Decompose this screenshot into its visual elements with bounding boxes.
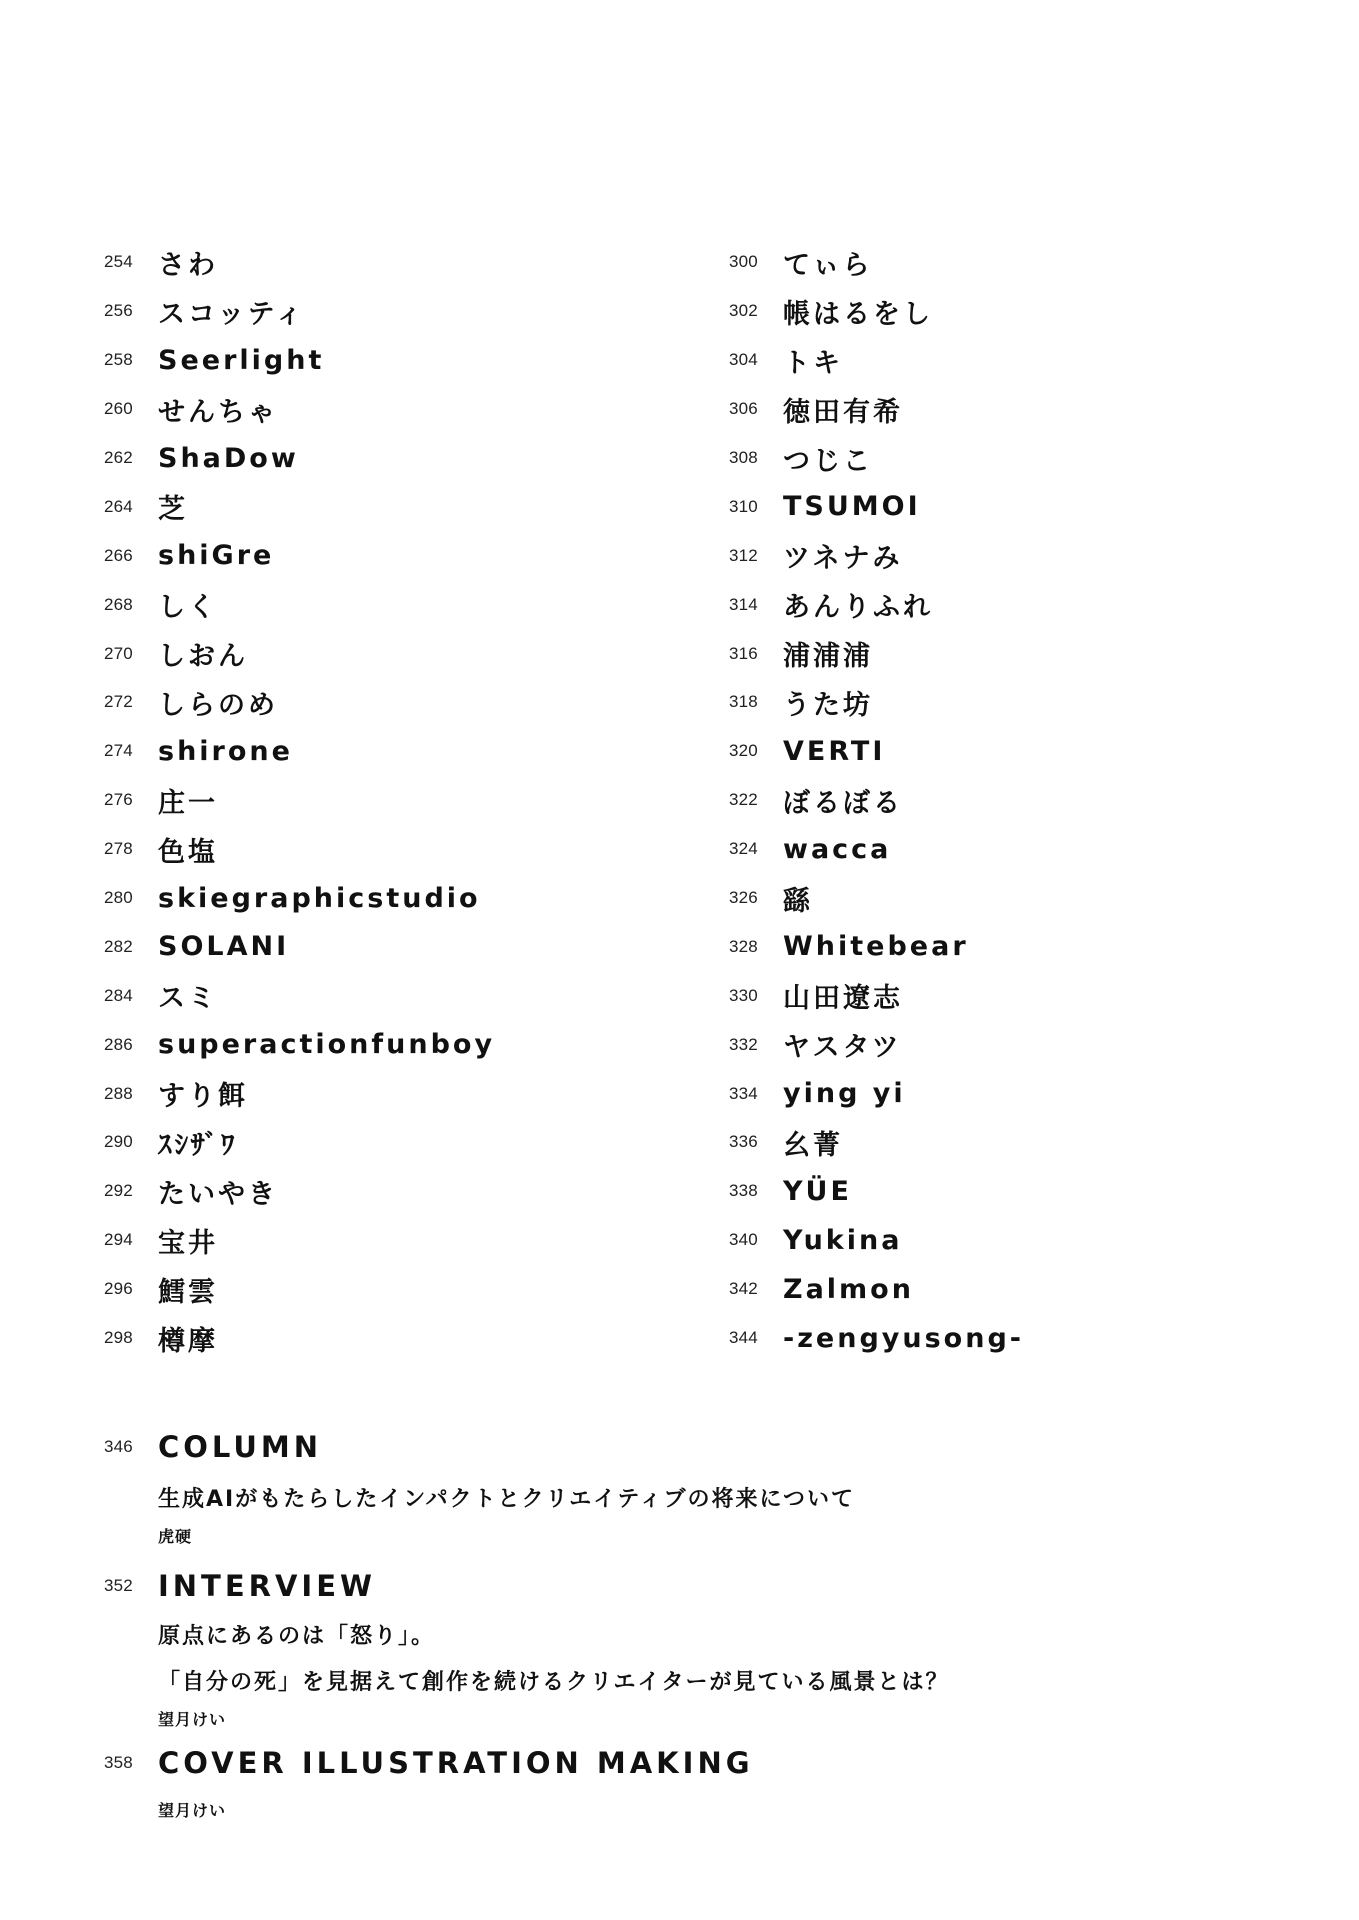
page-number: 298 <box>104 1328 158 1348</box>
toc-entry[interactable]: 318うた坊 <box>729 678 1024 727</box>
artist-name: しく <box>158 585 218 624</box>
artist-name: ぼるぼる <box>783 781 903 820</box>
artist-name: Seerlight <box>158 345 324 376</box>
toc-entry[interactable]: 276庄一 <box>104 776 495 825</box>
toc-entry[interactable]: 298樽摩 <box>104 1314 495 1363</box>
page-number: 272 <box>104 692 158 712</box>
toc-section-column[interactable]: 346 COLUMN 生成AIがもたらしたインパクトとクリエイティブの将来につい… <box>104 1427 855 1551</box>
toc-entry[interactable]: 286superactionfunboy <box>104 1020 495 1069</box>
toc-section-cover-making[interactable]: 358 COVER ILLUSTRATION MAKING 望月けい <box>104 1743 754 1825</box>
toc-entry[interactable]: 294宝井 <box>104 1216 495 1265</box>
artist-name: -zengyusong- <box>783 1323 1024 1354</box>
page-number: 336 <box>729 1132 783 1152</box>
page-number: 290 <box>104 1132 158 1152</box>
section-title: COLUMN <box>158 1430 322 1464</box>
toc-entry[interactable]: 316浦浦浦 <box>729 629 1024 678</box>
page-number: 312 <box>729 546 783 566</box>
page-number: 278 <box>104 839 158 859</box>
toc-entry[interactable]: 260せんちゃ <box>104 385 495 434</box>
section-title: COVER ILLUSTRATION MAKING <box>158 1746 754 1780</box>
artist-name: Yukina <box>783 1225 902 1256</box>
page-number: 334 <box>729 1084 783 1104</box>
page-number: 288 <box>104 1084 158 1104</box>
toc-entry[interactable]: 296鱈雲 <box>104 1265 495 1314</box>
page-number: 262 <box>104 448 158 468</box>
page-number: 338 <box>729 1181 783 1201</box>
toc-entry[interactable]: 282SOLANI <box>104 922 495 971</box>
toc-entry[interactable]: 272しらのめ <box>104 678 495 727</box>
page-number: 284 <box>104 986 158 1006</box>
page-number: 280 <box>104 888 158 908</box>
toc-entry[interactable]: 284スミ <box>104 971 495 1020</box>
artist-name: 樽摩 <box>158 1319 218 1358</box>
artist-name: superactionfunboy <box>158 1029 495 1060</box>
toc-entry[interactable]: 308つじこ <box>729 434 1024 483</box>
toc-entry[interactable]: 344-zengyusong- <box>729 1314 1024 1363</box>
page-number: 342 <box>729 1279 783 1299</box>
page-number: 340 <box>729 1230 783 1250</box>
toc-section-interview[interactable]: 352 INTERVIEW 原点にあるのは「怒り」。 「自分の死」を見据えて創作… <box>104 1566 950 1734</box>
artist-name: 宝井 <box>158 1221 218 1260</box>
artist-name: あんりふれ <box>783 585 933 624</box>
toc-entry[interactable]: 302帳はるをし <box>729 287 1024 336</box>
section-title: INTERVIEW <box>158 1569 376 1603</box>
page-number: 344 <box>729 1328 783 1348</box>
toc-entry[interactable]: 312ツネナみ <box>729 531 1024 580</box>
artist-name: ying yi <box>783 1078 906 1109</box>
toc-entry[interactable]: 268しく <box>104 580 495 629</box>
artist-name: 浦浦浦 <box>783 634 873 673</box>
toc-entry[interactable]: 306徳田有希 <box>729 385 1024 434</box>
artist-name: VERTI <box>783 736 885 767</box>
artist-name: スコッティ <box>158 292 305 331</box>
toc-entry[interactable]: 256スコッティ <box>104 287 495 336</box>
page-number: 268 <box>104 595 158 615</box>
section-author: 望月けい <box>158 1706 950 1734</box>
page-number: 352 <box>104 1576 158 1596</box>
toc-entry[interactable]: 334ying yi <box>729 1069 1024 1118</box>
toc-entry[interactable]: 270しおん <box>104 629 495 678</box>
page-number: 320 <box>729 741 783 761</box>
artist-name: しらのめ <box>158 683 278 722</box>
artist-name: せんちゃ <box>158 390 278 429</box>
page-number: 314 <box>729 595 783 615</box>
page-number: 274 <box>104 741 158 761</box>
artist-name: skiegraphicstudio <box>158 883 481 914</box>
artist-name: ヤスタツ <box>783 1025 902 1064</box>
toc-left-column: 254さわ 256スコッティ 258Seerlight 260せんちゃ 262S… <box>104 238 495 1362</box>
toc-entry[interactable]: 338YÜE <box>729 1167 1024 1216</box>
page-number: 306 <box>729 399 783 419</box>
page-number: 258 <box>104 350 158 370</box>
toc-entry[interactable]: 330山田遼志 <box>729 971 1024 1020</box>
toc-entry[interactable]: 314あんりふれ <box>729 580 1024 629</box>
page-number: 324 <box>729 839 783 859</box>
toc-entry[interactable]: 254さわ <box>104 238 495 287</box>
artist-name: しおん <box>158 634 248 673</box>
artist-name: wacca <box>783 834 891 865</box>
toc-entry[interactable]: 332ヤスタツ <box>729 1020 1024 1069</box>
artist-name: すり餌 <box>158 1074 248 1113</box>
artist-name: 鱈雲 <box>158 1270 218 1309</box>
artist-name: 山田遼志 <box>783 976 903 1015</box>
section-subtitle-line-2: 「自分の死」を見据えて創作を続けるクリエイターが見ている風景とは？ <box>158 1660 950 1706</box>
page-number: 256 <box>104 301 158 321</box>
toc-right-column: 300てぃら 302帳はるをし 304トキ 306徳田有希 308つじこ 310… <box>729 238 1024 1362</box>
page-number: 282 <box>104 937 158 957</box>
artist-name: Whitebear <box>783 931 969 962</box>
toc-entry[interactable]: 262ShaDow <box>104 434 495 483</box>
artist-name: トキ <box>783 341 843 380</box>
artist-name: 芝 <box>158 487 188 526</box>
artist-name: ツネナみ <box>783 536 902 575</box>
artist-name: TSUMOI <box>783 491 921 522</box>
toc-entry[interactable]: 326繇 <box>729 874 1024 923</box>
artist-name: 繇 <box>783 879 813 918</box>
page-number: 260 <box>104 399 158 419</box>
artist-name: ｽｼｻﾞﾜ <box>158 1123 238 1162</box>
toc-entry[interactable]: 280skiegraphicstudio <box>104 874 495 923</box>
toc-entry[interactable]: 300てぃら <box>729 238 1024 287</box>
page-number: 326 <box>729 888 783 908</box>
toc-entry[interactable]: 266shiGre <box>104 531 495 580</box>
page-number: 300 <box>729 252 783 272</box>
page-number: 264 <box>104 497 158 517</box>
page-number: 330 <box>729 986 783 1006</box>
toc-entry[interactable]: 258Seerlight <box>104 336 495 385</box>
page-number: 294 <box>104 1230 158 1250</box>
artist-name: 幺菁 <box>783 1123 843 1162</box>
page-number: 302 <box>729 301 783 321</box>
page-number: 296 <box>104 1279 158 1299</box>
page-number: 332 <box>729 1035 783 1055</box>
artist-name: うた坊 <box>783 683 873 722</box>
page-number: 310 <box>729 497 783 517</box>
artist-name: ShaDow <box>158 443 299 474</box>
artist-name: 徳田有希 <box>783 390 903 429</box>
page-number: 276 <box>104 790 158 810</box>
page-number: 270 <box>104 644 158 664</box>
section-author: 望月けい <box>158 1797 754 1825</box>
page-number: 286 <box>104 1035 158 1055</box>
page-number: 318 <box>729 692 783 712</box>
toc-entry[interactable]: 278色塩 <box>104 825 495 874</box>
artist-name: たいやき <box>158 1172 278 1211</box>
toc-entry[interactable]: 292たいやき <box>104 1167 495 1216</box>
artist-name: 色塩 <box>158 830 218 869</box>
toc-entry[interactable]: 264芝 <box>104 482 495 531</box>
page-number: 292 <box>104 1181 158 1201</box>
section-subtitle: 生成AIがもたらしたインパクトとクリエイティブの将来について <box>158 1477 855 1523</box>
section-author: 虎硬 <box>158 1523 855 1551</box>
artist-name: YÜE <box>783 1176 852 1207</box>
page-number: 322 <box>729 790 783 810</box>
artist-name: Zalmon <box>783 1274 914 1305</box>
page-number: 346 <box>104 1437 158 1457</box>
toc-entry[interactable]: 340Yukina <box>729 1216 1024 1265</box>
page-number: 254 <box>104 252 158 272</box>
page-number: 304 <box>729 350 783 370</box>
toc-entry[interactable]: 322ぼるぼる <box>729 776 1024 825</box>
toc-entry[interactable]: 304トキ <box>729 336 1024 385</box>
toc-entry[interactable]: 328Whitebear <box>729 922 1024 971</box>
page-number: 266 <box>104 546 158 566</box>
section-subtitle-line-1: 原点にあるのは「怒り」。 <box>158 1614 950 1660</box>
page-number: 316 <box>729 644 783 664</box>
artist-name: shirone <box>158 736 293 767</box>
toc-entry[interactable]: 320VERTI <box>729 727 1024 776</box>
artist-name: 庄一 <box>158 781 218 820</box>
artist-name: スミ <box>158 976 218 1015</box>
page-number: 328 <box>729 937 783 957</box>
toc-entry[interactable]: 310TSUMOI <box>729 482 1024 531</box>
toc-entry[interactable]: 288すり餌 <box>104 1069 495 1118</box>
toc-entry[interactable]: 336幺菁 <box>729 1118 1024 1167</box>
toc-entry[interactable]: 274shirone <box>104 727 495 776</box>
page-number: 308 <box>729 448 783 468</box>
toc-entry[interactable]: 342Zalmon <box>729 1265 1024 1314</box>
artist-name: SOLANI <box>158 931 289 962</box>
toc-entry[interactable]: 290ｽｼｻﾞﾜ <box>104 1118 495 1167</box>
artist-name: shiGre <box>158 540 274 571</box>
artist-name: つじこ <box>783 439 873 478</box>
artist-name: 帳はるをし <box>783 292 933 331</box>
toc-entry[interactable]: 324wacca <box>729 825 1024 874</box>
artist-name: さわ <box>158 243 218 282</box>
artist-name: てぃら <box>783 243 872 282</box>
page-number: 358 <box>104 1753 158 1773</box>
